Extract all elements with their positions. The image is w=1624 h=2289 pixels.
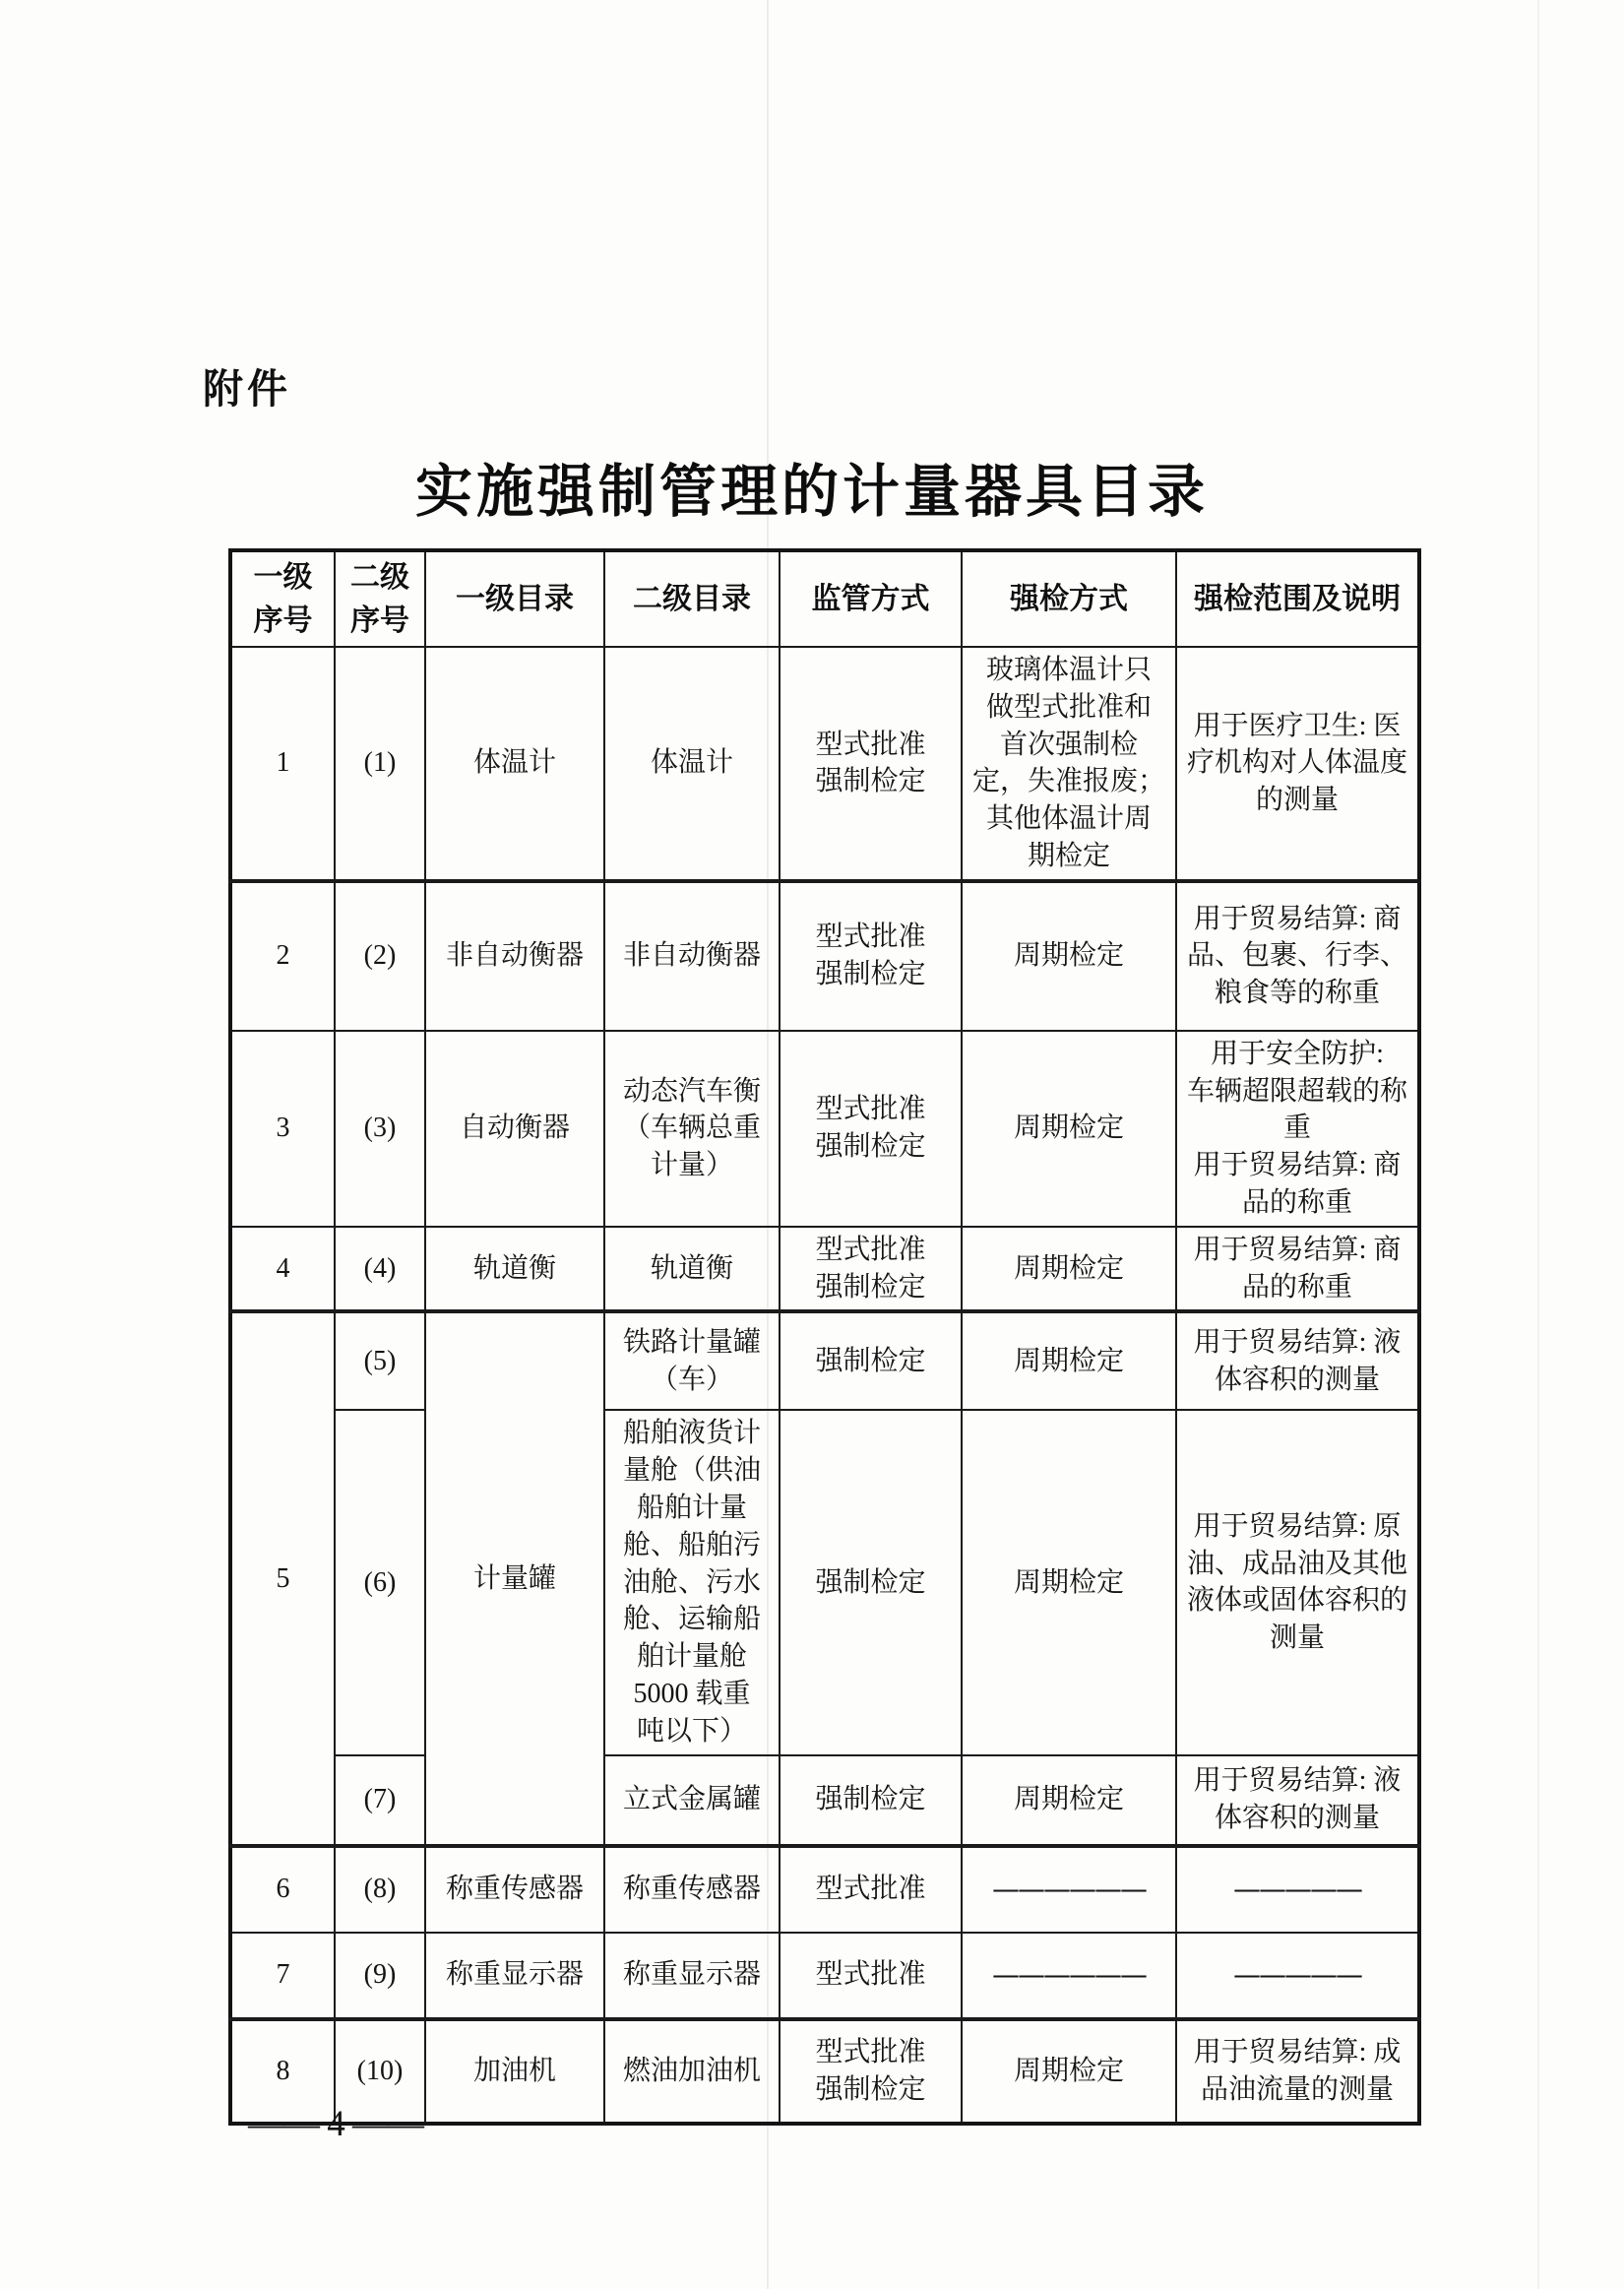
- cell-sub-no: (5): [335, 1311, 425, 1410]
- attachment-label: 附件: [203, 356, 291, 414]
- header-level2-catalog: 二级目录: [604, 550, 780, 647]
- measuring-instruments-catalog-table: 一级 序号 二级 序号 一级目录 二级目录 监管方式 强检方式 强检范围及说明 …: [228, 548, 1421, 2126]
- header-level1-no: 一级 序号: [230, 550, 335, 647]
- cell-category1: 自动衡器: [425, 1031, 604, 1227]
- cell-no: 6: [230, 1846, 335, 1933]
- cell-inspection: 周期检定: [962, 1410, 1176, 1754]
- table-row: 5 (5) 计量罐 铁路计量罐 （车） 强制检定 周期检定 用于贸易结算: 液体…: [230, 1311, 1419, 1410]
- cell-sub-no: (6): [335, 1410, 425, 1754]
- cell-scope-dash: —————: [1176, 1933, 1419, 2019]
- cell-sub-no: (9): [335, 1933, 425, 2019]
- cell-category2: 燃油加油机: [604, 2019, 780, 2124]
- cell-scope: 用于贸易结算: 成品油流量的测量: [1176, 2019, 1419, 2124]
- cell-category1: 计量罐: [425, 1311, 604, 1845]
- cell-sub-no: (8): [335, 1846, 425, 1933]
- cell-supervision: 型式批准: [780, 1933, 962, 2019]
- cell-scope: 用于贸易结算: 液体容积的测量: [1176, 1311, 1419, 1410]
- cell-sub-no: (7): [335, 1755, 425, 1846]
- cell-category2: 立式金属罐: [604, 1755, 780, 1846]
- cell-no: 1: [230, 647, 335, 881]
- cell-sub-no: (1): [335, 647, 425, 881]
- cell-category2: 动态汽车衡 （车辆总重 计量）: [604, 1031, 780, 1227]
- page-number: —— 4 ——: [248, 2103, 423, 2145]
- cell-no: 4: [230, 1227, 335, 1312]
- cell-category1: 称重传感器: [425, 1846, 604, 1933]
- cell-category2: 铁路计量罐 （车）: [604, 1311, 780, 1410]
- header-supervision-mode: 监管方式: [780, 550, 962, 647]
- cell-scope-dash: —————: [1176, 1846, 1419, 1933]
- cell-category2: 非自动衡器: [604, 881, 780, 1031]
- cell-sub-no: (3): [335, 1031, 425, 1227]
- cell-supervision: 型式批准 强制检定: [780, 1227, 962, 1312]
- header-level2-no: 二级 序号: [335, 550, 425, 647]
- cell-scope: 用于贸易结算: 商品、包裹、行李、粮食等的称重: [1176, 881, 1419, 1031]
- scanned-document-page: { "page": { "attachment_label": "附件", "t…: [0, 0, 1624, 2289]
- cell-inspection: 玻璃体温计只 做型式批准和 首次强制检 定，失准报废； 其他体温计周 期检定: [962, 647, 1176, 881]
- page-title: 实施强制管理的计量器具目录: [0, 445, 1624, 528]
- cell-inspection-dash: ——————: [962, 1846, 1176, 1933]
- cell-supervision: 型式批准 强制检定: [780, 1031, 962, 1227]
- cell-category2: 体温计: [604, 647, 780, 881]
- table-row: 7 (9) 称重显示器 称重显示器 型式批准 —————— —————: [230, 1933, 1419, 2019]
- cell-category1: 称重显示器: [425, 1933, 604, 2019]
- cell-no: 2: [230, 881, 335, 1031]
- table-row: 4 (4) 轨道衡 轨道衡 型式批准 强制检定 周期检定 用于贸易结算: 商品的…: [230, 1227, 1419, 1312]
- cell-category2: 轨道衡: [604, 1227, 780, 1312]
- cell-category2: 称重显示器: [604, 1933, 780, 2019]
- table-row: 3 (3) 自动衡器 动态汽车衡 （车辆总重 计量） 型式批准 强制检定 周期检…: [230, 1031, 1419, 1227]
- table-row: (7) 立式金属罐 强制检定 周期检定 用于贸易结算: 液体容积的测量: [230, 1755, 1419, 1846]
- cell-category1: 非自动衡器: [425, 881, 604, 1031]
- cell-scope: 用于贸易结算: 商品的称重: [1176, 1227, 1419, 1312]
- cell-supervision: 型式批准 强制检定: [780, 881, 962, 1031]
- cell-inspection: 周期检定: [962, 1031, 1176, 1227]
- cell-inspection: 周期检定: [962, 881, 1176, 1031]
- cell-category1: 加油机: [425, 2019, 604, 2124]
- cell-no: 3: [230, 1031, 335, 1227]
- header-inspection-mode: 强检方式: [962, 550, 1176, 647]
- cell-scope: 用于医疗卫生: 医疗机构对人体温度的测量: [1176, 647, 1419, 881]
- cell-supervision: 强制检定: [780, 1755, 962, 1846]
- table-row: 6 (8) 称重传感器 称重传感器 型式批准 —————— —————: [230, 1846, 1419, 1933]
- cell-no: 5: [230, 1311, 335, 1845]
- table-row: 1 (1) 体温计 体温计 型式批准 强制检定 玻璃体温计只 做型式批准和 首次…: [230, 647, 1419, 881]
- header-level1-catalog: 一级目录: [425, 550, 604, 647]
- cell-sub-no: (2): [335, 881, 425, 1031]
- header-scope-notes: 强检范围及说明: [1176, 550, 1419, 647]
- cell-supervision: 型式批准 强制检定: [780, 647, 962, 881]
- table-row: (6) 船舶液货计 量舱（供油 船舶计量 舱、船舶污 油舱、污水 舱、运输船 舶…: [230, 1410, 1419, 1754]
- cell-category1: 轨道衡: [425, 1227, 604, 1312]
- table-header-row: 一级 序号 二级 序号 一级目录 二级目录 监管方式 强检方式 强检范围及说明: [230, 550, 1419, 647]
- cell-category1: 体温计: [425, 647, 604, 881]
- page-edge-artifact: [1537, 0, 1539, 2289]
- cell-no: 7: [230, 1933, 335, 2019]
- cell-inspection: 周期检定: [962, 1755, 1176, 1846]
- cell-sub-no: (4): [335, 1227, 425, 1312]
- cell-inspection: 周期检定: [962, 1227, 1176, 1312]
- cell-supervision: 型式批准 强制检定: [780, 2019, 962, 2124]
- cell-inspection: 周期检定: [962, 2019, 1176, 2124]
- table-row: 2 (2) 非自动衡器 非自动衡器 型式批准 强制检定 周期检定 用于贸易结算:…: [230, 881, 1419, 1031]
- cell-supervision: 强制检定: [780, 1410, 962, 1754]
- cell-scope: 用于贸易结算: 原油、成品油及其他液体或固体容积的测量: [1176, 1410, 1419, 1754]
- cell-inspection: 周期检定: [962, 1311, 1176, 1410]
- cell-category2: 船舶液货计 量舱（供油 船舶计量 舱、船舶污 油舱、污水 舱、运输船 舶计量舱 …: [604, 1410, 780, 1754]
- cell-supervision: 型式批准: [780, 1846, 962, 1933]
- cell-supervision: 强制检定: [780, 1311, 962, 1410]
- cell-category2: 称重传感器: [604, 1846, 780, 1933]
- cell-scope: 用于安全防护: 车辆超限超载的称重 用于贸易结算: 商品的称重: [1176, 1031, 1419, 1227]
- cell-scope: 用于贸易结算: 液体容积的测量: [1176, 1755, 1419, 1846]
- cell-inspection-dash: ——————: [962, 1933, 1176, 2019]
